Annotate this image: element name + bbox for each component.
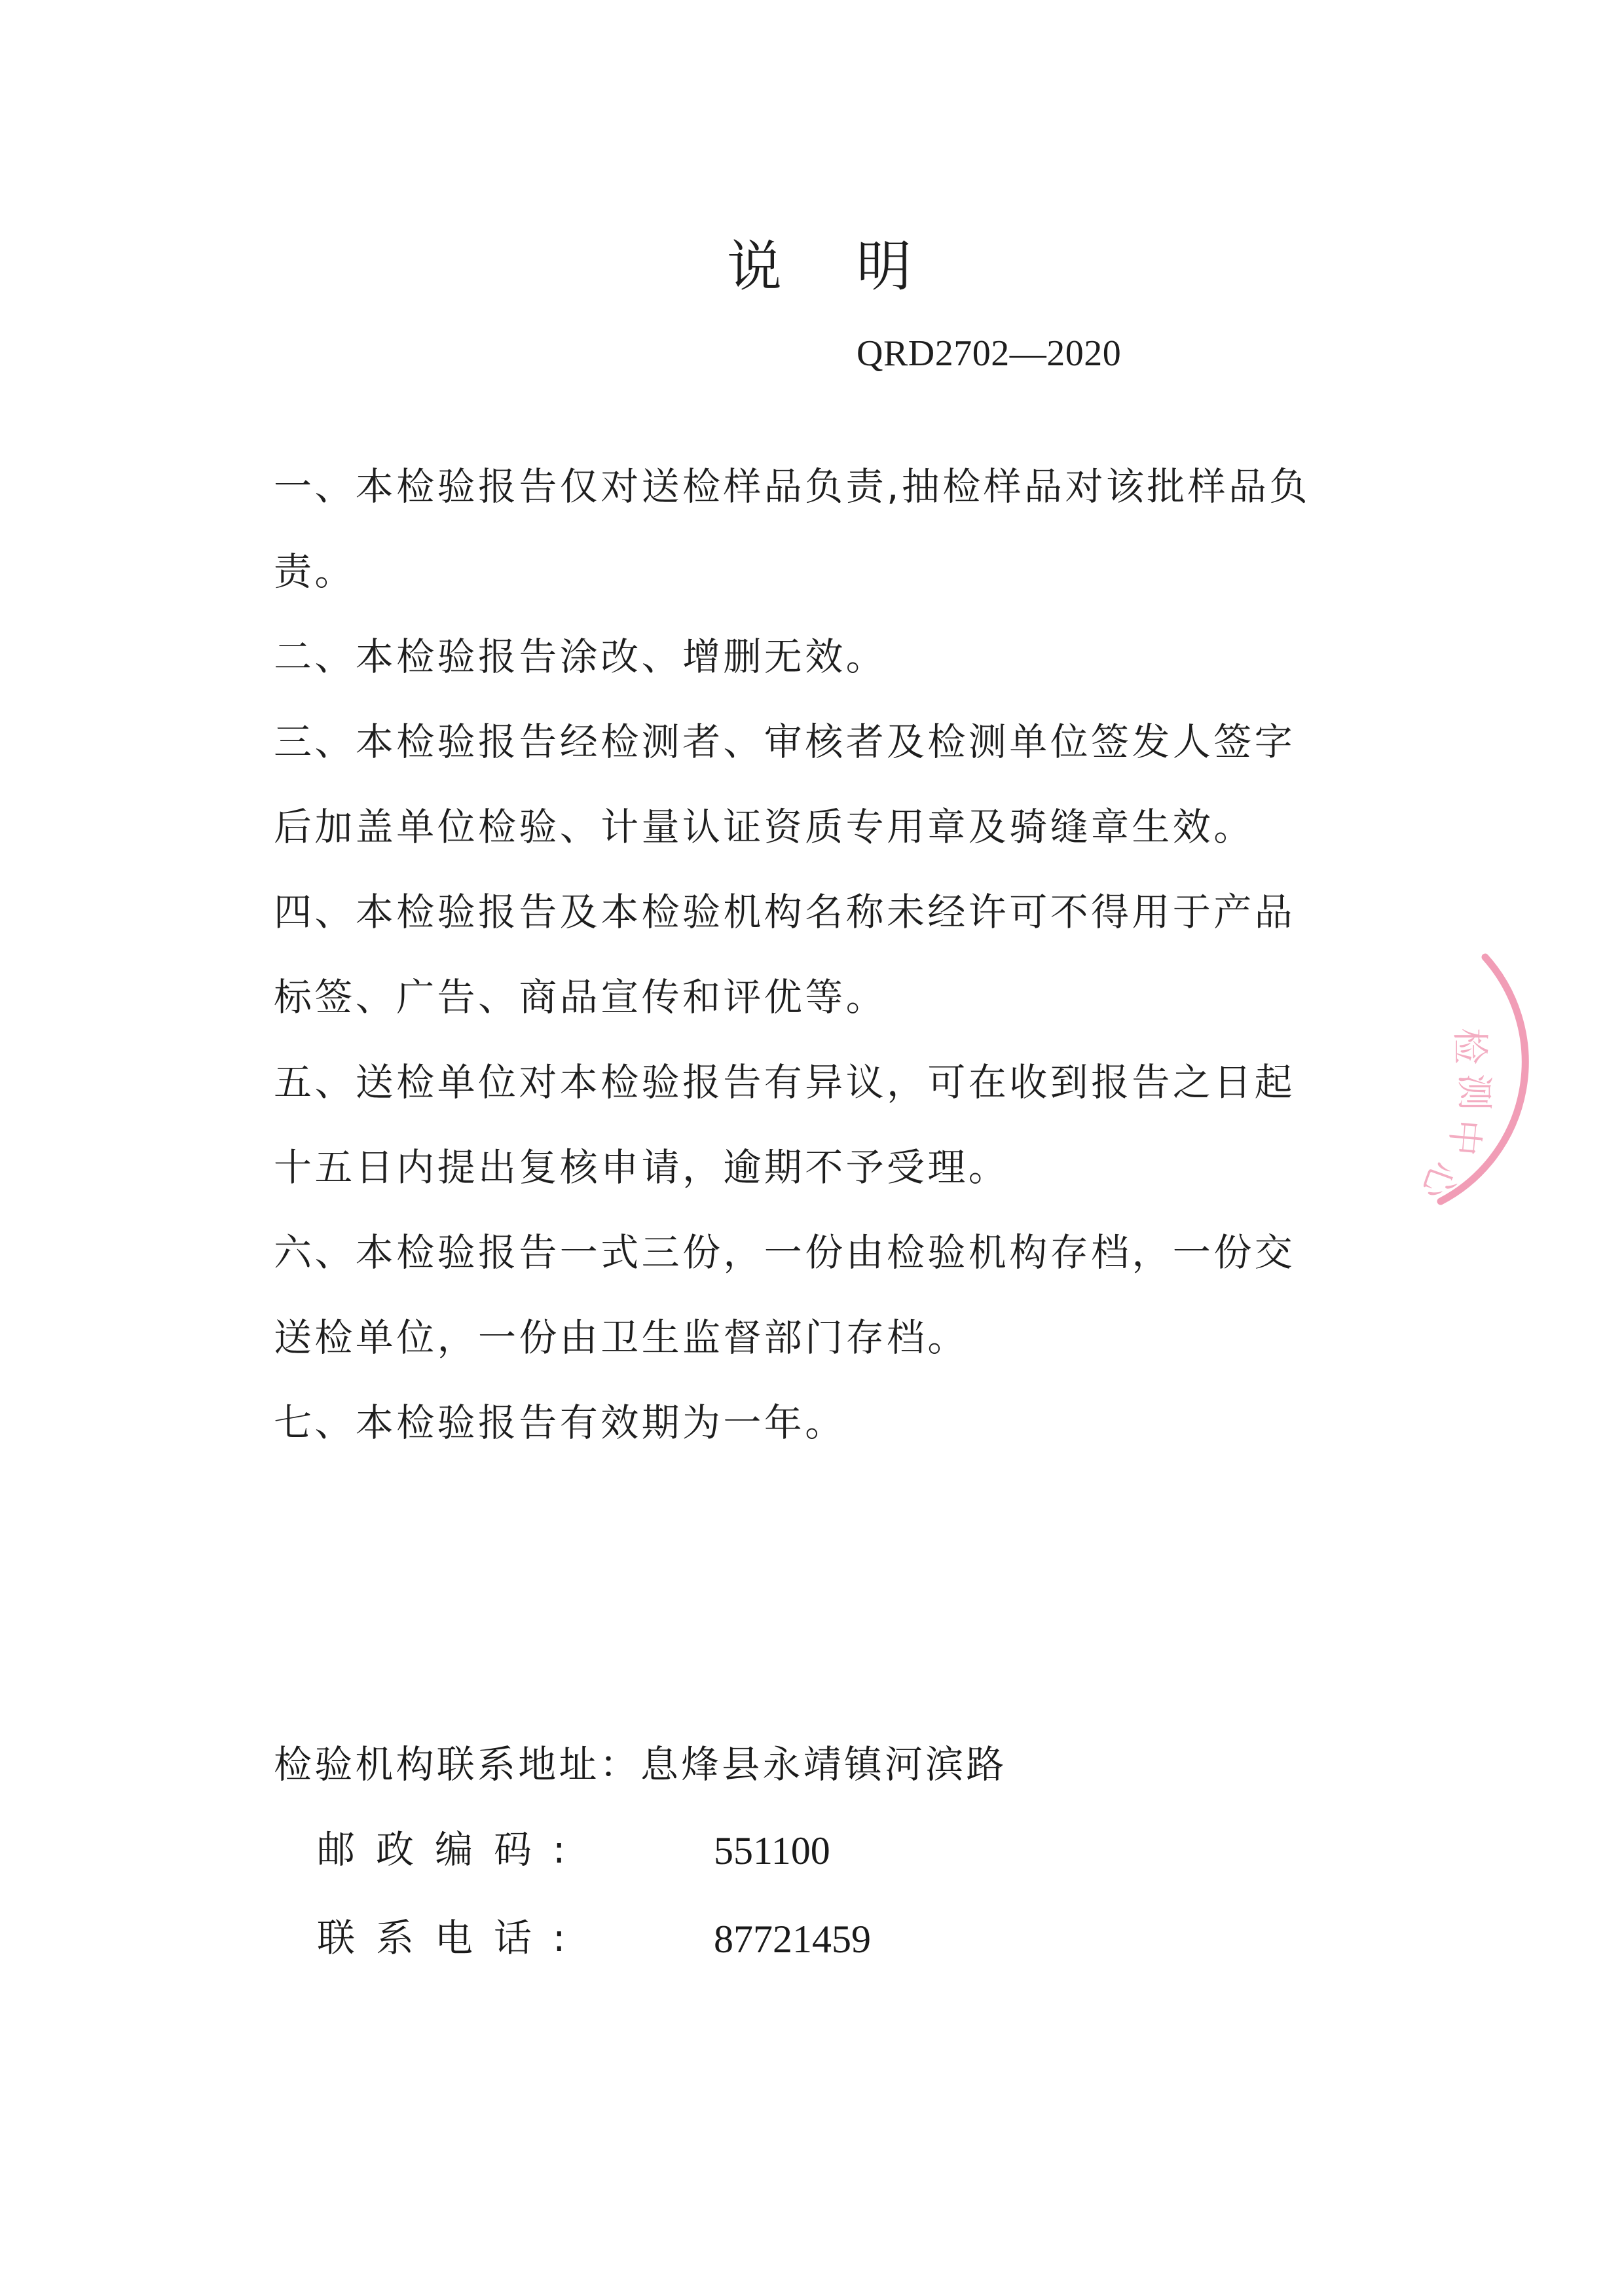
clause-5-line-1: 五、送检单位对本检验报告有异议，可在收到报告之日起 (274, 1059, 1387, 1144)
clause-4-line-2: 标签、广告、商品宣传和评优等。 (274, 974, 1387, 1059)
clause-1-line-1: 一、本检验报告仅对送检样品负责,抽检样品对该批样品负 (274, 464, 1387, 549)
page-title: 说 明 (727, 230, 909, 302)
contact-address: 检验机构联系地址：息烽县永靖镇河滨路 (274, 1741, 1256, 1827)
address-value: 息烽县永靖镇河滨路 (640, 1742, 1007, 1787)
contact-block: 检验机构联系地址：息烽县永靖镇河滨路 邮政编码: 551100 联系电话: 87… (274, 1741, 1256, 2003)
clause-6-line-1: 六、本检验报告一式三份，一份由检验机构存档，一份交 (274, 1230, 1387, 1315)
address-label: 检验机构联系地址： (274, 1742, 640, 1787)
clause-1-line-2: 责。 (274, 549, 1387, 634)
seal-char-1: 检 (1448, 1028, 1490, 1065)
title-char-1: 说 (727, 239, 779, 294)
clause-2-line-1: 二、本检验报告涂改、增删无效。 (274, 634, 1387, 719)
clause-4-line-1: 四、本检验报告及本检验机构名称未经许可不得用于产品 (274, 889, 1387, 974)
seal-char-4: 心 (1412, 1156, 1466, 1206)
clause-6-line-2: 送检单位，一份由卫生监督部门存档。 (274, 1315, 1387, 1400)
clause-3-line-1: 三、本检验报告经检测者、审核者及检测单位签发人签字 (274, 719, 1387, 804)
postal-code-row: 邮政编码: 551100 (274, 1827, 1256, 1915)
title-char-2: 明 (857, 239, 909, 294)
clause-5-line-2: 十五日内提出复核申请，逾期不予受理。 (274, 1144, 1387, 1230)
seal-char-2: 测 (1452, 1074, 1495, 1110)
phone-value: 87721459 (714, 1916, 871, 1962)
phone-row: 联系电话: 87721459 (274, 1915, 1256, 2003)
clause-list: 一、本检验报告仅对送检样品负责,抽检样品对该批样品负 责。 二、本检验报告涂改、… (274, 464, 1387, 1485)
document-code: QRD2702—2020 (857, 333, 1121, 374)
postal-code-value: 551100 (714, 1828, 830, 1874)
clause-7-line-1: 七、本检验报告有效期为一年。 (274, 1400, 1387, 1485)
phone-label: 联系电话: (317, 1915, 587, 1961)
document-page: 说 明 QRD2702—2020 一、本检验报告仅对送检样品负责,抽检样品对该批… (0, 0, 1624, 2296)
seal-char-3: 中 (1441, 1118, 1487, 1157)
postal-code-label: 邮政编码: (317, 1827, 587, 1872)
clause-3-line-2: 后加盖单位检验、计量认证资质专用章及骑缝章生效。 (274, 804, 1387, 889)
